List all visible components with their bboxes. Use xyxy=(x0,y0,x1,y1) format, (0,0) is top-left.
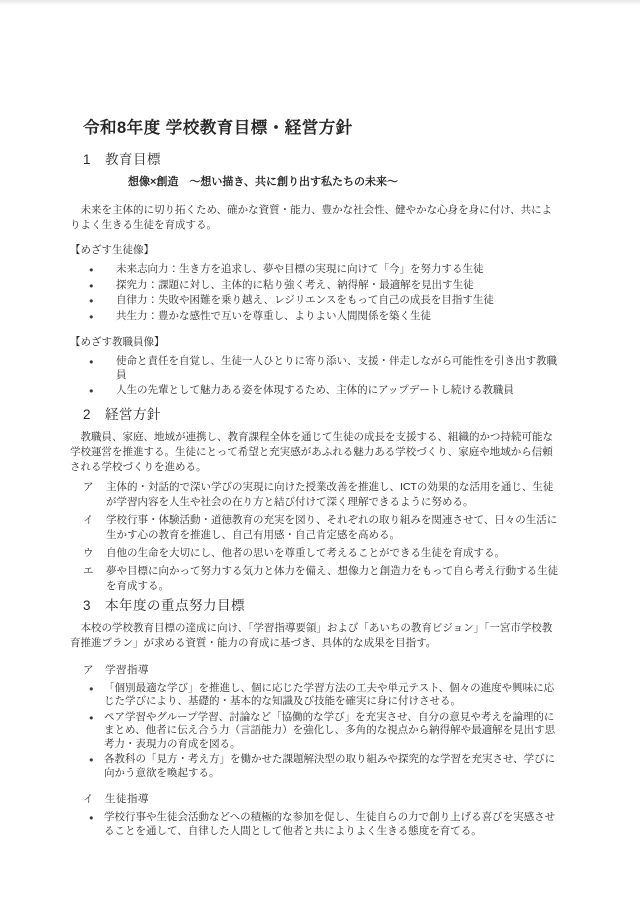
list-item: ● ペア学習やグループ学習、討論など「協働的な学び」を充実させ、自分の意見や考え… xyxy=(70,711,562,752)
policy-item-i: イ 学校行事・体験活動・道徳教育の充実を図り、それぞれの取り組みを関連させて、日… xyxy=(83,513,562,543)
student-image-heading: 【めざす生徒像】 xyxy=(70,243,562,257)
policy-item-e: エ 夢や目標に向かって努力する気力と体力を備え、想像力と創造力をもって自ら考え行… xyxy=(83,564,562,594)
policy-item-marker: イ xyxy=(83,513,106,543)
policy-item-marker: エ xyxy=(83,564,106,594)
policy-item-text: 夢や目標に向かって努力する気力と体力を備え、想像力と創造力をもって自ら考え行動す… xyxy=(106,564,562,594)
policy-item-marker: ウ xyxy=(83,546,106,561)
bullet-icon: ● xyxy=(70,711,104,752)
list-item: ● 学校行事や生徒会活動などへの積極的な参加を促し、生徒自らの力で創り上げる喜び… xyxy=(70,811,562,838)
school-motto: 想像×創造 ～想い描き、共に創り出す私たちの未来～ xyxy=(128,175,562,189)
section-1-intro: 未来を主体的に切り拓くため、確かな資質・能力、豊かな社会性、健やかな心身を身に付… xyxy=(70,203,562,233)
list-item: ● 自律力：失敗や困難を乗り越え、レジリエンスをもって自己の成長を目指す生徒 xyxy=(70,294,562,308)
bullet-icon: ● xyxy=(70,310,116,324)
list-item: ● 「個別最適な学び」を推進し、個に応じた学習方法の工夫や単元テスト、個々の進度… xyxy=(70,682,562,709)
policy-item-u: ウ 自他の生命を大切にし、他者の思いを尊重して考えることができる生徒を育成する。 xyxy=(83,546,562,561)
list-item: ● 各教科の「見方・考え方」を働かせた課題解決型の取り組みや探究的な学習を充実さ… xyxy=(70,753,562,780)
list-item-text: 共生力：豊かな感性で互いを尊重し、よりよい人間関係を築く生徒 xyxy=(116,310,562,324)
list-item-text: 使命と責任を自覚し、生徒一人ひとりに寄り添い、支援・伴走しながら可能性を引き出す… xyxy=(116,355,562,382)
section-2-intro: 教職員、家庭、地域が連携し、教育課程全体を通じて生徒の成長を支援する、組織的かつ… xyxy=(70,430,562,475)
policy-item-text: 主体的・対話的で深い学びの実現に向けた授業改善を推進し、ICTの効果的な活用を通… xyxy=(106,480,562,510)
list-item-text: 各教科の「見方・考え方」を働かせた課題解決型の取り組みや探究的な学習を充実させ、… xyxy=(104,753,562,780)
subsection-guidance-heading: イ 生徒指導 xyxy=(83,792,562,806)
list-item-text: 未来志向力：生き方を追求し、夢や目標の実現に向けて「今」を努力する生徒 xyxy=(116,263,562,277)
list-item-text: 「個別最適な学び」を推進し、個に応じた学習方法の工夫や単元テスト、個々の進度や興… xyxy=(104,682,562,709)
bullet-icon: ● xyxy=(70,384,116,398)
list-item-text: 探究力：課題に対し、主体的に粘り強く考え、納得解・最適解を見出す生徒 xyxy=(116,279,562,293)
list-item: ● 人生の先輩として魅力ある姿を体現するため、主体的にアップデートし続ける教職員 xyxy=(70,384,562,398)
list-item: ● 探究力：課題に対し、主体的に粘り強く考え、納得解・最適解を見出す生徒 xyxy=(70,279,562,293)
student-image-list: ● 未来志向力：生き方を追求し、夢や目標の実現に向けて「今」を努力する生徒 ● … xyxy=(70,263,562,323)
list-item-text: 自律力：失敗や困難を乗り越え、レジリエンスをもって自己の成長を目指す生徒 xyxy=(116,294,562,308)
list-item: ● 未来志向力：生き方を追求し、夢や目標の実現に向けて「今」を努力する生徒 xyxy=(70,263,562,277)
section-3-intro: 本校の学校教育目標の達成に向け、「学習指導要領」および「あいちの教育ビジョン」「… xyxy=(70,621,562,651)
list-item-text: ペア学習やグループ学習、討論など「協働的な学び」を充実させ、自分の意見や考えを論… xyxy=(104,711,562,752)
learning-guidance-list: ● 「個別最適な学び」を推進し、個に応じた学習方法の工夫や単元テスト、個々の進度… xyxy=(70,682,562,781)
subsection-learning-heading: ア 学習指導 xyxy=(83,663,562,677)
bullet-icon: ● xyxy=(70,682,104,709)
bullet-icon: ● xyxy=(70,279,116,293)
list-item: ● 共生力：豊かな感性で互いを尊重し、よりよい人間関係を築く生徒 xyxy=(70,310,562,324)
list-item-text: 学校行事や生徒会活動などへの積極的な参加を促し、生徒自らの力で創り上げる喜びを実… xyxy=(104,811,562,838)
policy-item-text: 自他の生命を大切にし、他者の思いを尊重して考えることができる生徒を育成する。 xyxy=(106,546,562,561)
section-2-heading: 2 経営方針 xyxy=(83,406,562,423)
policy-item-text: 学校行事・体験活動・道徳教育の充実を図り、それぞれの取り組みを関連させて、日々の… xyxy=(106,513,562,543)
bullet-icon: ● xyxy=(70,811,104,838)
bullet-icon: ● xyxy=(70,753,104,780)
section-3-heading: 3 本年度の重点努力目標 xyxy=(83,597,562,614)
bullet-icon: ● xyxy=(70,294,116,308)
list-item-text: 人生の先輩として魅力ある姿を体現するため、主体的にアップデートし続ける教職員 xyxy=(116,384,562,398)
document-page: 令和8年度 学校教育目標・経営方針 1 教育目標 想像×創造 ～想い描き、共に創… xyxy=(0,0,640,905)
document-title: 令和8年度 学校教育目標・経営方針 xyxy=(83,118,562,138)
list-item: ● 使命と責任を自覚し、生徒一人ひとりに寄り添い、支援・伴走しながら可能性を引き… xyxy=(70,355,562,382)
bullet-icon: ● xyxy=(70,263,116,277)
student-guidance-list: ● 学校行事や生徒会活動などへの積極的な参加を促し、生徒自らの力で創り上げる喜び… xyxy=(70,811,562,838)
policy-item-a: ア 主体的・対話的で深い学びの実現に向けた授業改善を推進し、ICTの効果的な活用… xyxy=(83,480,562,510)
policy-item-marker: ア xyxy=(83,480,106,510)
bullet-icon: ● xyxy=(70,355,116,382)
section-1-heading: 1 教育目標 xyxy=(83,151,562,168)
staff-image-heading: 【めざす教職員像】 xyxy=(70,335,562,349)
scan-artifact-top-edge xyxy=(0,0,640,5)
staff-image-list: ● 使命と責任を自覚し、生徒一人ひとりに寄り添い、支援・伴走しながら可能性を引き… xyxy=(70,355,562,398)
